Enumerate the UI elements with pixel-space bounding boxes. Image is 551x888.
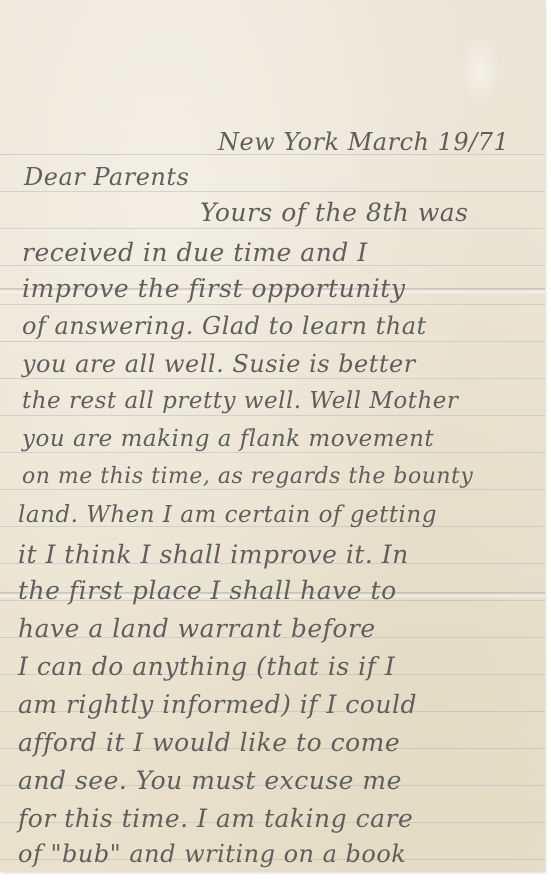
letter-line: on me this time, as regards the bounty	[22, 466, 473, 488]
salutation: Dear Parents	[24, 165, 189, 189]
embossed-seal	[460, 35, 500, 105]
letter-line: and see. You must excuse me	[18, 768, 402, 793]
letter-line: of answering. Glad to learn that	[22, 314, 427, 338]
letter-line: you are all well. Susie is better	[22, 352, 416, 376]
ruled-line	[0, 228, 545, 229]
letter-line: Yours of the 8th was	[200, 200, 468, 225]
letter-line: the first place I shall have to	[18, 578, 397, 603]
ruled-line	[0, 304, 545, 305]
letter-line: have a land warrant before	[18, 616, 376, 641]
letter-paper: New York March 19/71 Dear Parents Yours …	[0, 0, 545, 872]
ruled-line	[0, 191, 545, 192]
ruled-line	[0, 489, 545, 490]
ruled-line	[0, 415, 545, 416]
ruled-line	[0, 378, 545, 379]
letter-line: afford it I would like to come	[18, 730, 400, 755]
letter-line: received in due time and I	[22, 240, 368, 265]
letter-line: the rest all pretty well. Well Mother	[22, 390, 458, 413]
ruled-line	[0, 341, 545, 342]
letter-line: it I think I shall improve it. In	[18, 542, 409, 567]
letter-line: you are making a flank movement	[22, 428, 434, 451]
letter-line: land. When I am certain of getting	[18, 504, 437, 527]
letter-line: for this time. I am taking care	[18, 806, 413, 831]
letter-line: am rightly informed) if I could	[18, 692, 417, 717]
letter-line: I can do anything (that is if I	[18, 654, 395, 679]
ruled-line	[0, 452, 545, 453]
letter-line: improve the first opportunity	[22, 276, 405, 301]
dateline: New York March 19/71	[218, 130, 509, 154]
letter-line: of "bub" and writing on a book	[18, 842, 406, 866]
